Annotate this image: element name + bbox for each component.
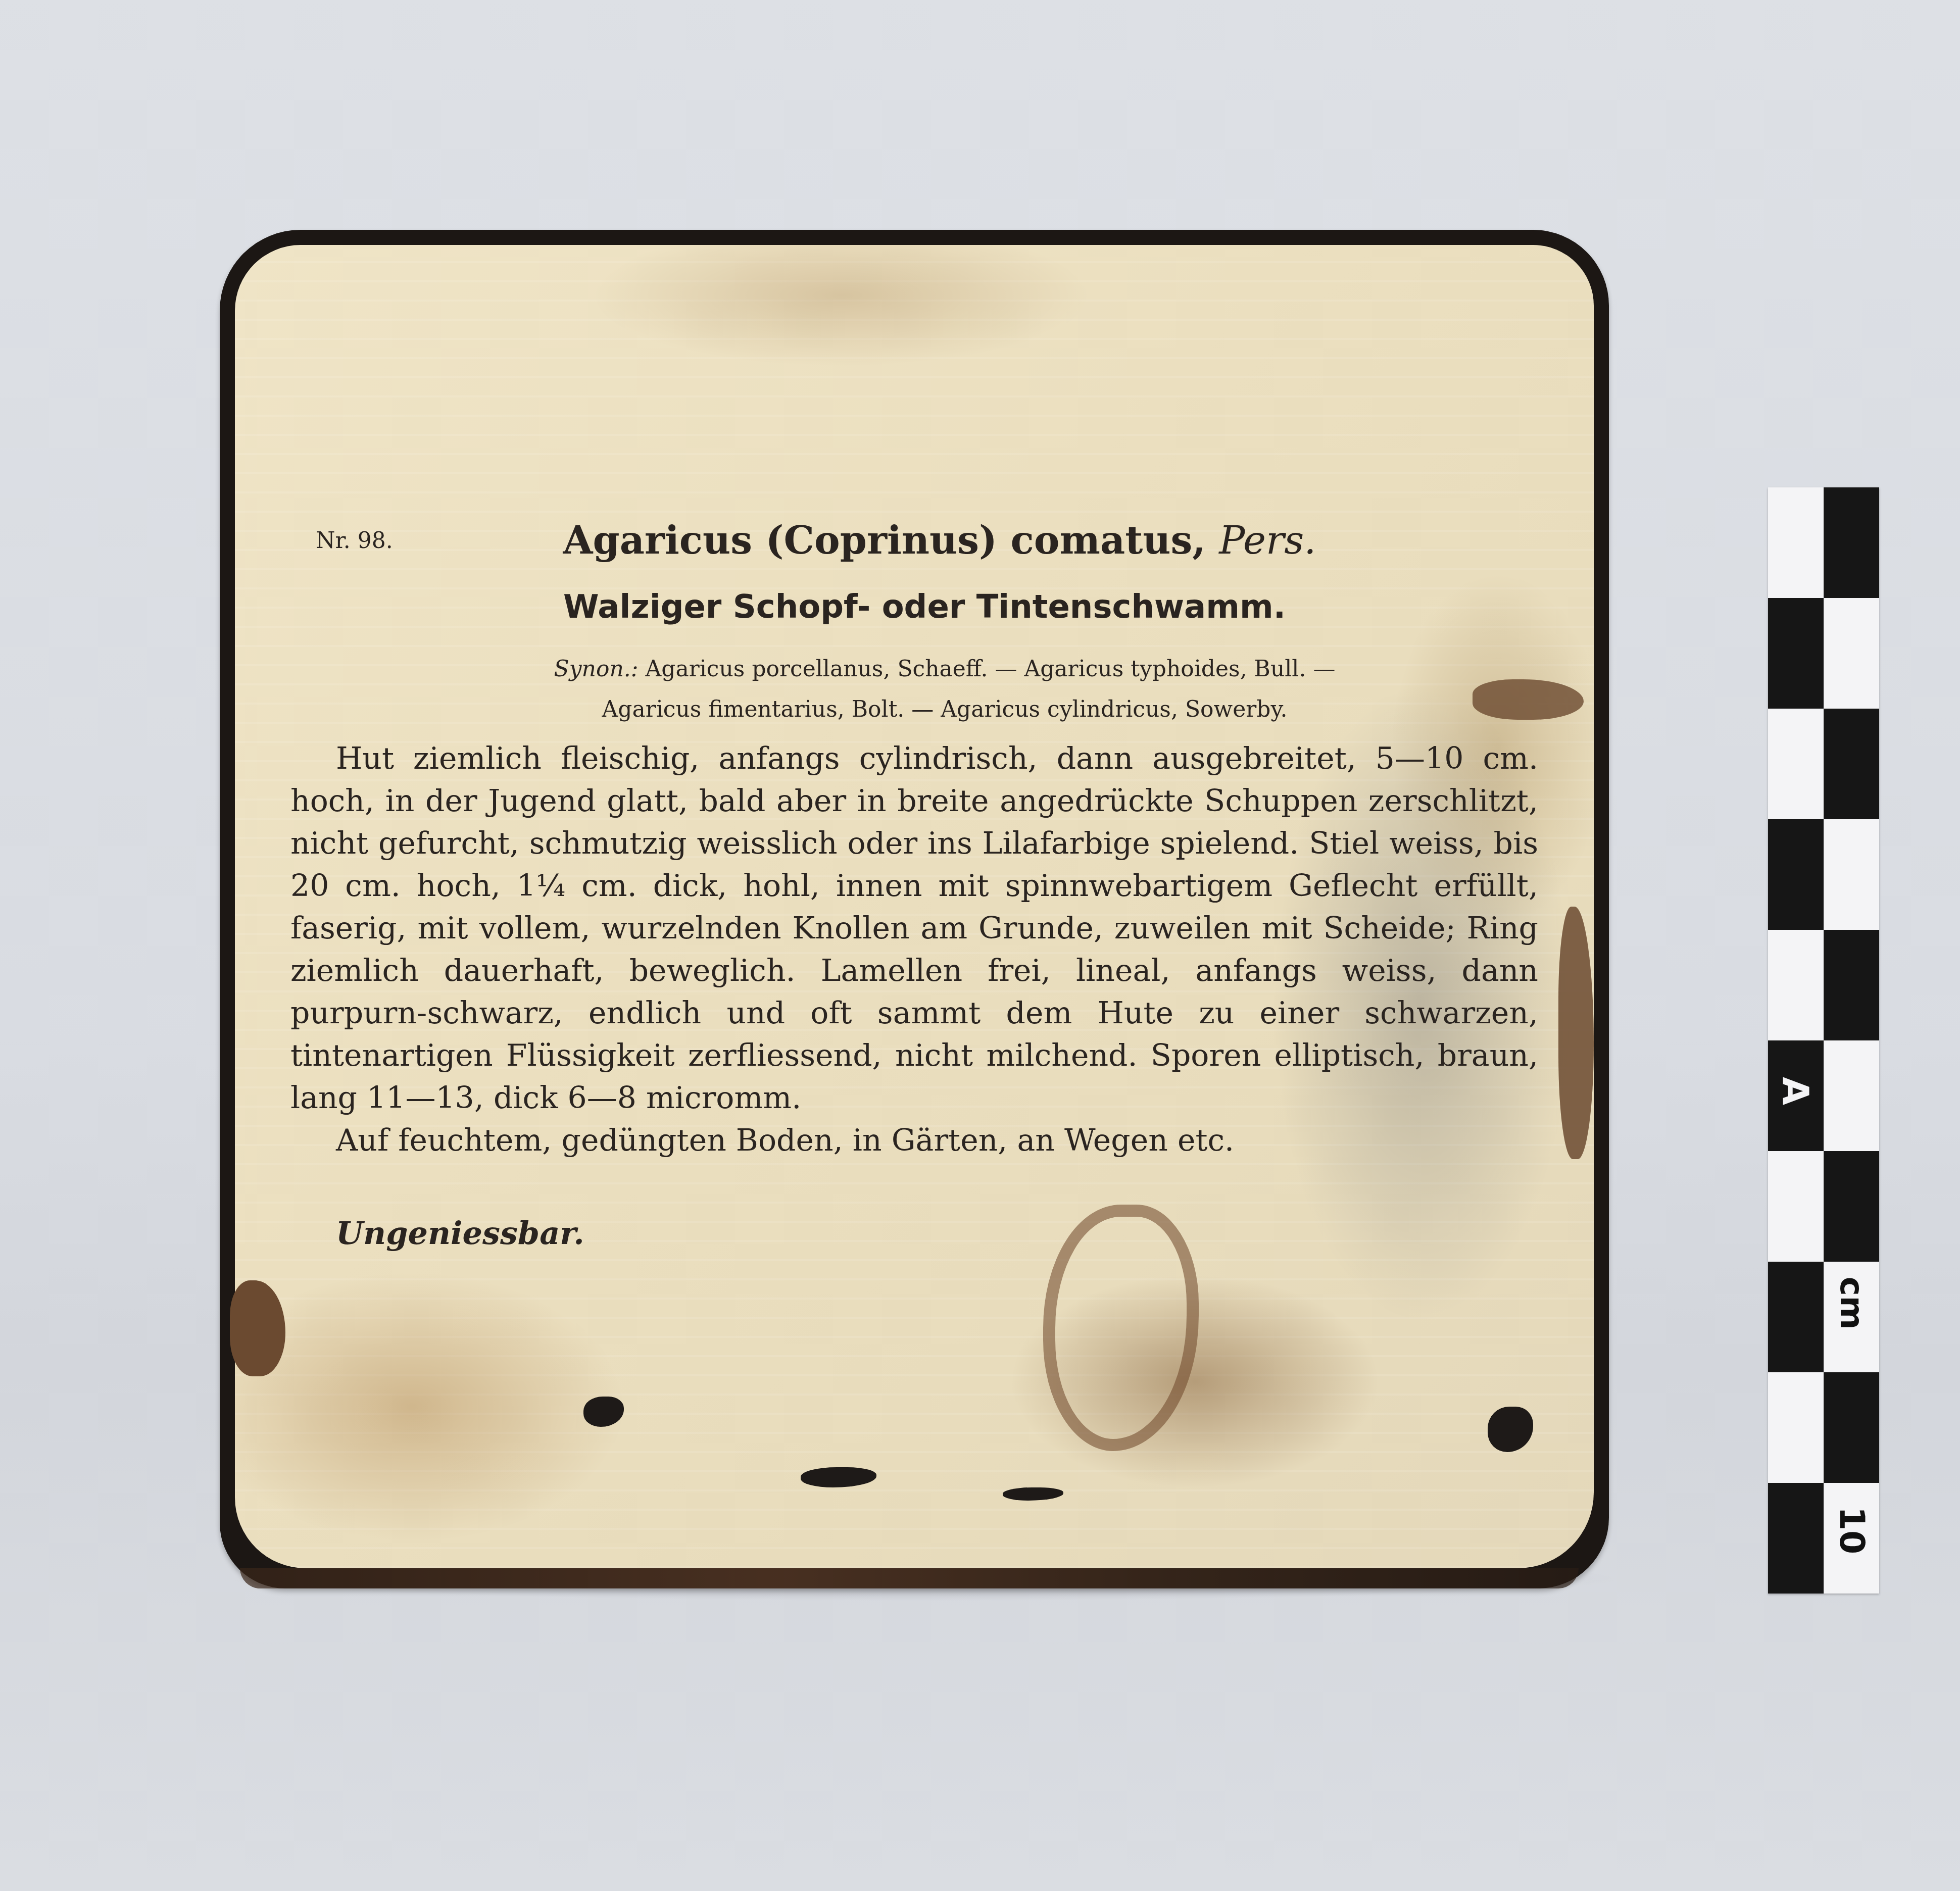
- scale-cell: [1768, 1483, 1824, 1594]
- synonyms-line-1: Agaricus porcellanus, Schaeff. — Agaricu…: [646, 656, 1336, 682]
- scale-cell: [1824, 487, 1879, 598]
- species-author: Pers.: [1219, 518, 1316, 563]
- species-title: Agaricus (Coprinus) comatus, Pers.: [235, 518, 1594, 563]
- label-board: Nr. 98. Agaricus (Coprinus) comatus, Per…: [220, 230, 1609, 1588]
- scale-cell: [1768, 1372, 1824, 1483]
- scale-cell: [1768, 487, 1824, 598]
- scale-marker-a: A: [1768, 1063, 1824, 1119]
- synonyms-label: Synon.:: [554, 656, 639, 682]
- habitat: Auf feuchtem, gedüngten Boden, in Gärten…: [290, 1119, 1538, 1162]
- edibility: Ungeniessbar.: [336, 1215, 584, 1252]
- scale-cell: [1824, 930, 1879, 1040]
- description: Hut ziemlich fleischig, anfangs cylindri…: [290, 737, 1538, 1119]
- board-wood-edge: [240, 1568, 1579, 1588]
- scale-bar: A cm 10: [1768, 487, 1879, 1594]
- scale-cell: [1768, 709, 1824, 819]
- scale-value-label: 10: [1824, 1503, 1879, 1558]
- scale-cell: [1768, 819, 1824, 930]
- description-block: Hut ziemlich fleischig, anfangs cylindri…: [290, 737, 1538, 1162]
- specimen-label-text: Nr. 98. Agaricus (Coprinus) comatus, Per…: [235, 245, 1594, 1568]
- scale-cell: [1768, 598, 1824, 709]
- scale-cell: [1768, 1262, 1824, 1372]
- scale-cell: [1824, 709, 1879, 819]
- scale-cell: [1824, 1040, 1879, 1151]
- synonyms: Synon.: Agaricus porcellanus, Schaeff. —…: [407, 649, 1483, 730]
- synonyms-line-2: Agaricus fimentarius, Bolt. — Agaricus c…: [407, 689, 1483, 730]
- scale-cell: [1824, 1372, 1879, 1483]
- scale-cell: [1824, 598, 1879, 709]
- scale-cell: [1768, 1151, 1824, 1262]
- scale-cell: [1768, 930, 1824, 1040]
- scale-cell: [1824, 819, 1879, 930]
- paper-label: Nr. 98. Agaricus (Coprinus) comatus, Per…: [235, 245, 1594, 1568]
- species-name: Agaricus (Coprinus) comatus,: [563, 518, 1206, 563]
- scale-cell: [1824, 1151, 1879, 1262]
- common-name: Walziger Schopf- oder Tintenschwamm.: [235, 588, 1594, 626]
- scale-unit-label: cm: [1824, 1275, 1879, 1331]
